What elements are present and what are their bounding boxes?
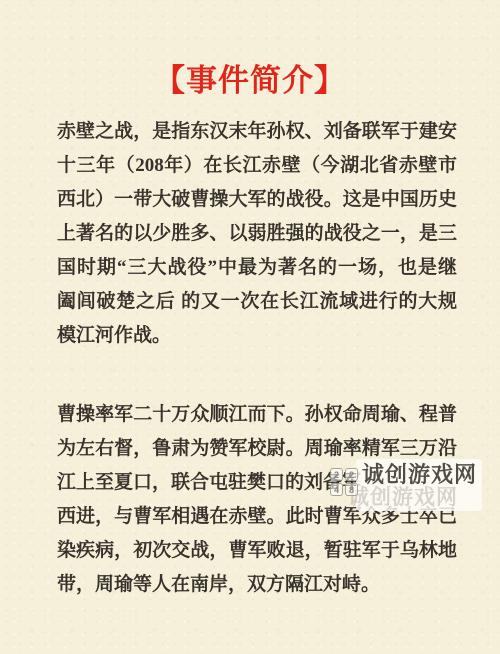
- watermark: 诚创游戏网 2248 诚创游戏网: [330, 461, 482, 515]
- text-line: 阖闾破楚之后 的又一次在长江流域进行的大规: [57, 285, 457, 319]
- text-line: 赤壁之战，是指东汉末年孙权、刘备联军于建安: [57, 115, 457, 149]
- text-line: 模江河作战。: [57, 319, 457, 353]
- text-line: 国时期“三大战役”中最为著名的一场，也是继: [57, 251, 457, 285]
- tile-2: 2: [330, 468, 343, 481]
- watermark-site-name: 诚创游戏网: [362, 462, 477, 488]
- page: 【事件简介】 赤壁之战，是指东汉末年孙权、刘备联军于建安十三年（208年）在长江…: [0, 0, 500, 654]
- text-line: 带，周瑜等人在南岸，双方隔江对峙。: [57, 568, 457, 602]
- text-line: 上著名的以少胜多、以弱胜强的战役之一，是三: [57, 217, 457, 251]
- tile-8: 8: [345, 483, 358, 496]
- 2048-tiles-icon: 2248: [330, 468, 358, 496]
- text-line: 西北）一带大破曹操大军的战役。这是中国历史: [57, 183, 457, 217]
- text-line: 染疾病，初次交战，曹军败退，暂驻军于乌林地: [57, 534, 457, 568]
- page-title: 【事件简介】: [0, 62, 500, 100]
- text-line: 曹操率军二十万众顺江而下。孙权命周瑜、程普: [57, 398, 457, 432]
- paragraph: 赤壁之战，是指东汉末年孙权、刘备联军于建安十三年（208年）在长江赤壁（今湖北省…: [57, 115, 457, 353]
- tile-2: 2: [345, 468, 358, 481]
- tile-4: 4: [330, 483, 343, 496]
- article-body: 赤壁之战，是指东汉末年孙权、刘备联军于建安十三年（208年）在长江赤壁（今湖北省…: [57, 115, 457, 602]
- watermark-ghost-text: 诚创游戏网: [348, 485, 458, 510]
- text-line: 十三年（208年）在长江赤壁（今湖北省赤壁市: [57, 149, 457, 183]
